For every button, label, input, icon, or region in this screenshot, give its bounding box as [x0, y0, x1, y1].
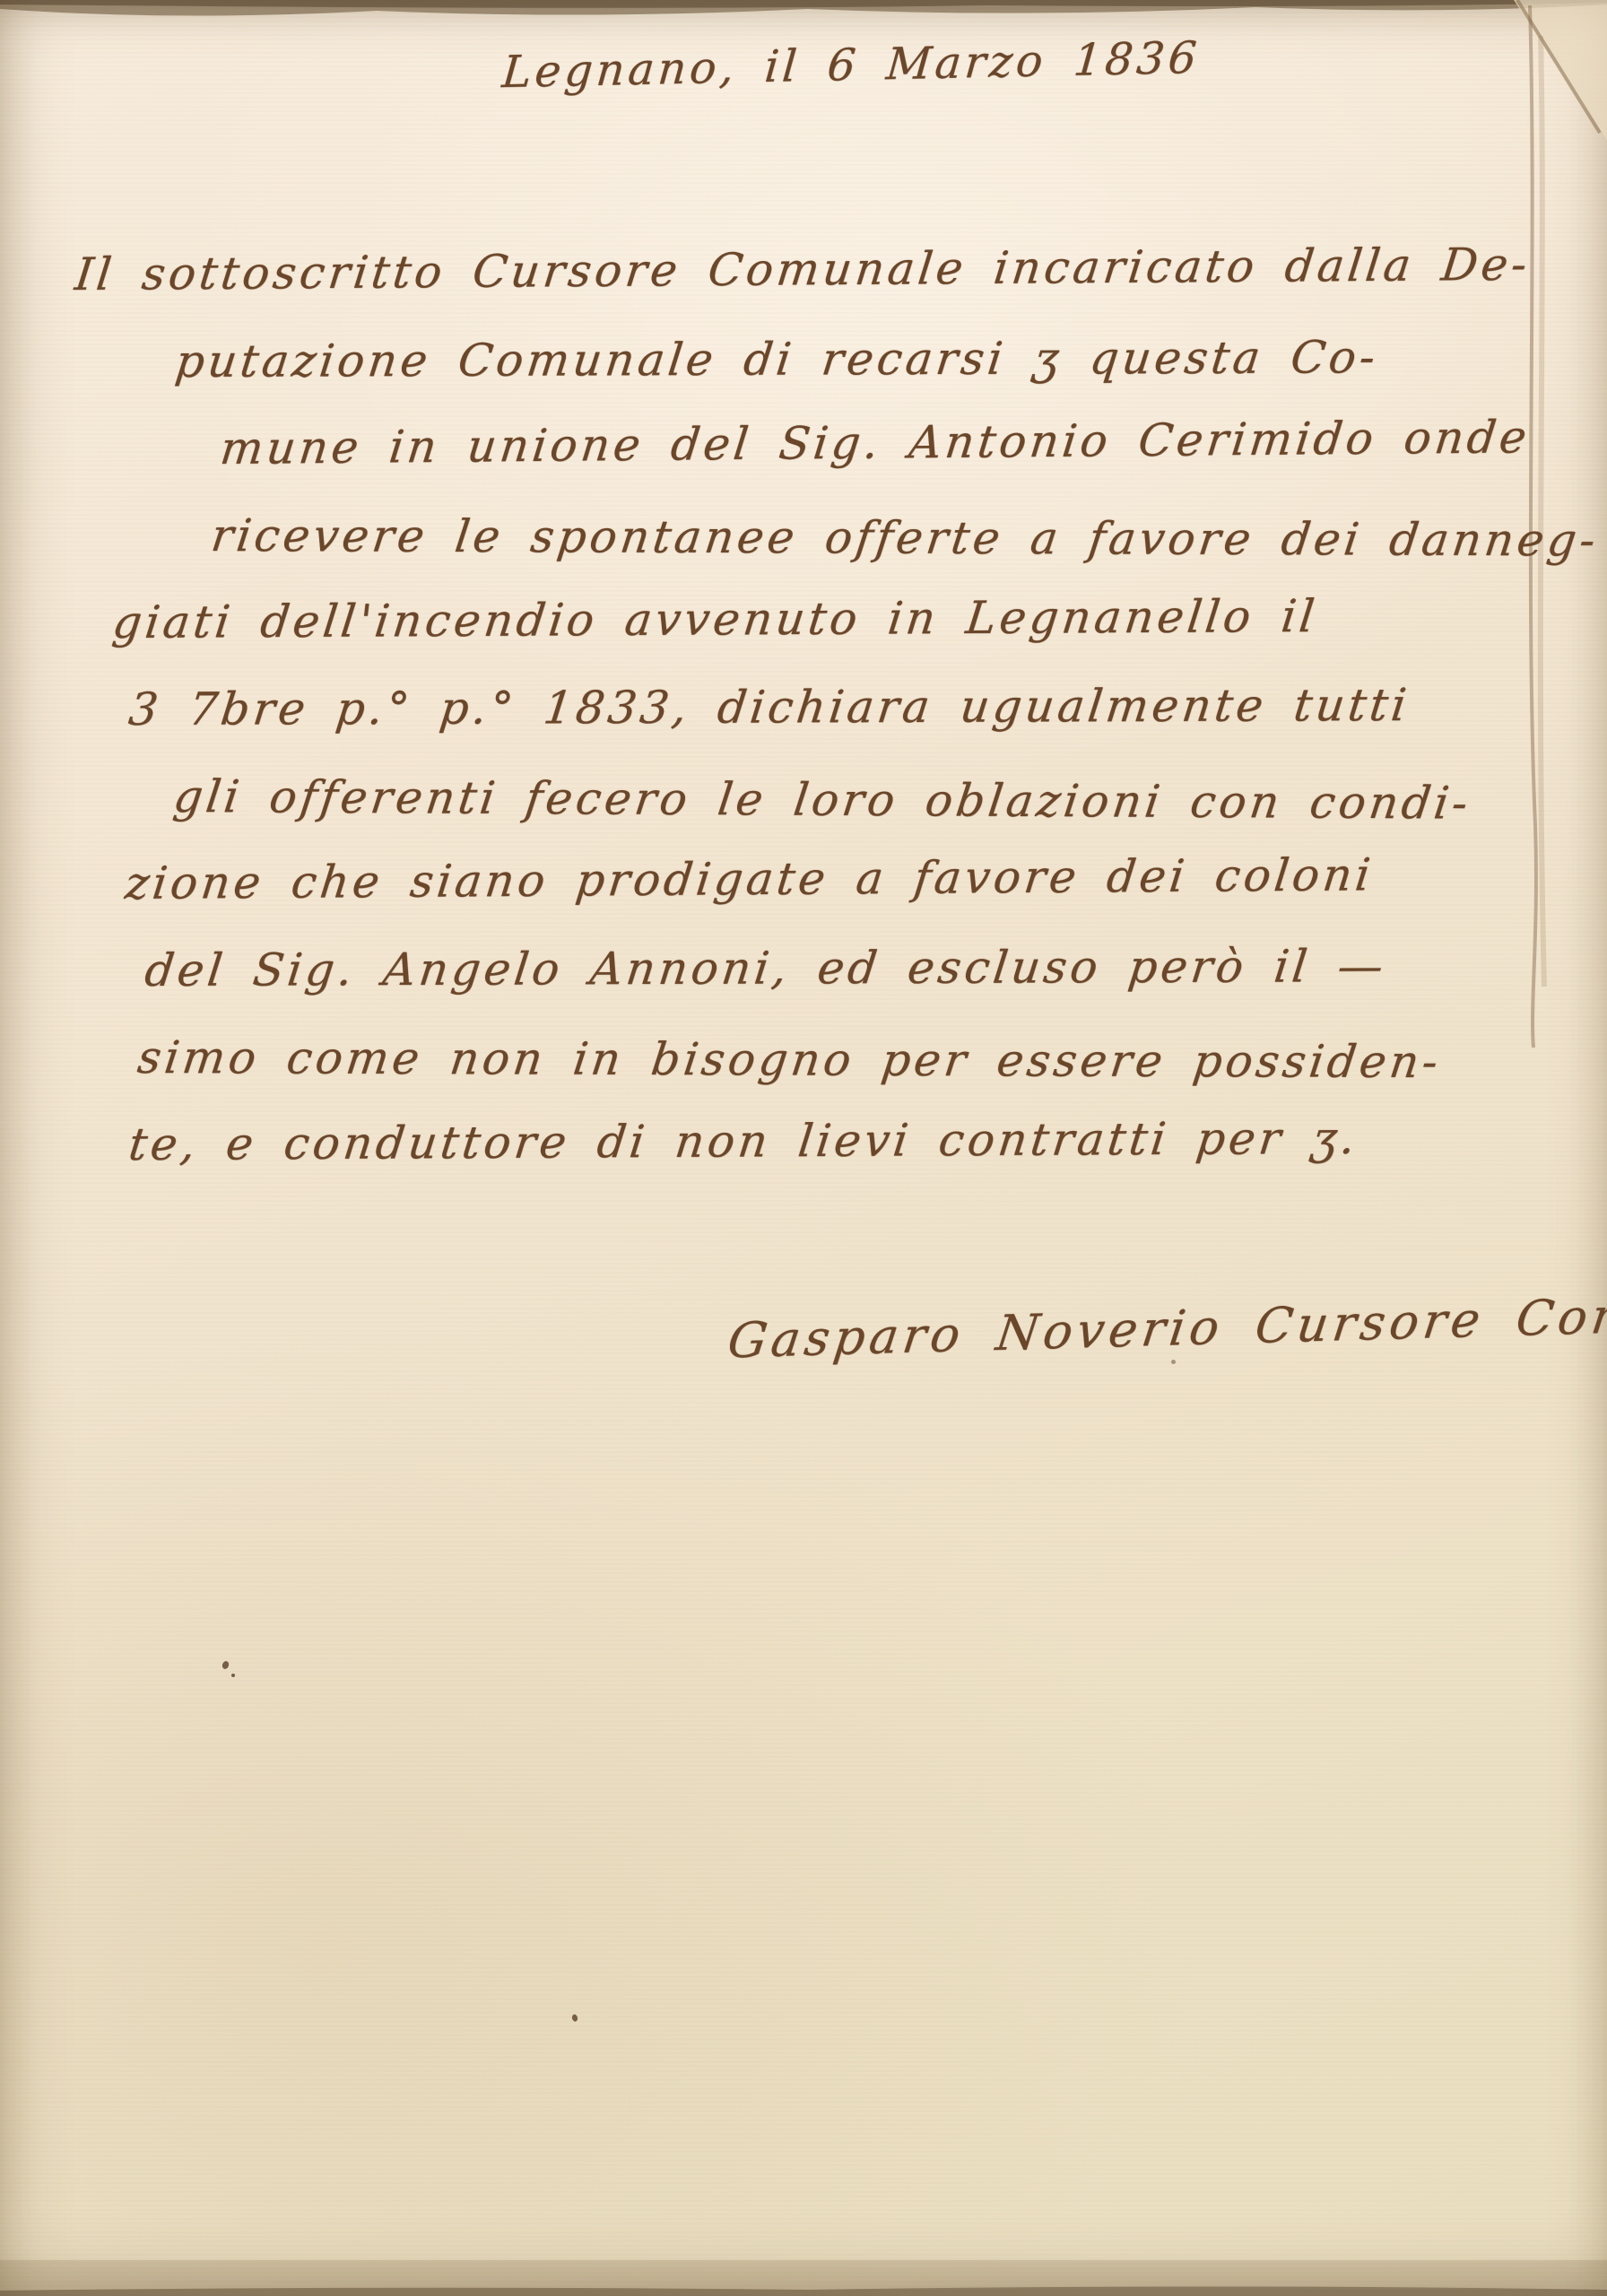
letter-page: Legnano, il 6 Marzo 1836 Il sottoscritto… [0, 0, 1607, 2296]
handwriting-line: giati dell'incendio avvenuto in Legnanel… [108, 571, 1581, 666]
ink-speck [222, 1660, 230, 1670]
handwriting-line: simo come non in bisogno per essere poss… [133, 1014, 1582, 1107]
handwriting-line: ricevere le spontanee offerte a favore d… [206, 492, 1582, 584]
handwriting-line: mune in unione del Sig. Antonio Cerimido… [215, 394, 1581, 492]
ink-speck [571, 2013, 578, 2022]
letter-body: Il sottoscritto Cursore Comunale incaric… [70, 231, 1577, 1188]
handwriting-line: Il sottoscritto Cursore Comunale incaric… [70, 221, 1581, 318]
ink-speck [231, 1674, 235, 1677]
handwriting-line: putazione Comunale di recarsi ʒ questa C… [170, 314, 1582, 405]
handwriting-line: del Sig. Angelo Annoni, ed escluso però … [140, 922, 1582, 1014]
ink-speck [1171, 1360, 1176, 1364]
signature: Gasparo Noverio Cursore Com.le [725, 1285, 1607, 1370]
handwriting-line: zione che siano prodigate a favore dei c… [120, 831, 1581, 927]
dateline: Legnano, il 6 Marzo 1836 [500, 32, 1203, 98]
handwriting-line: 3 7bre p.° p.° 1833, dichiara ugualmente… [124, 661, 1582, 753]
handwriting-line: te, e conduttore di non lievi contratti … [124, 1094, 1581, 1189]
